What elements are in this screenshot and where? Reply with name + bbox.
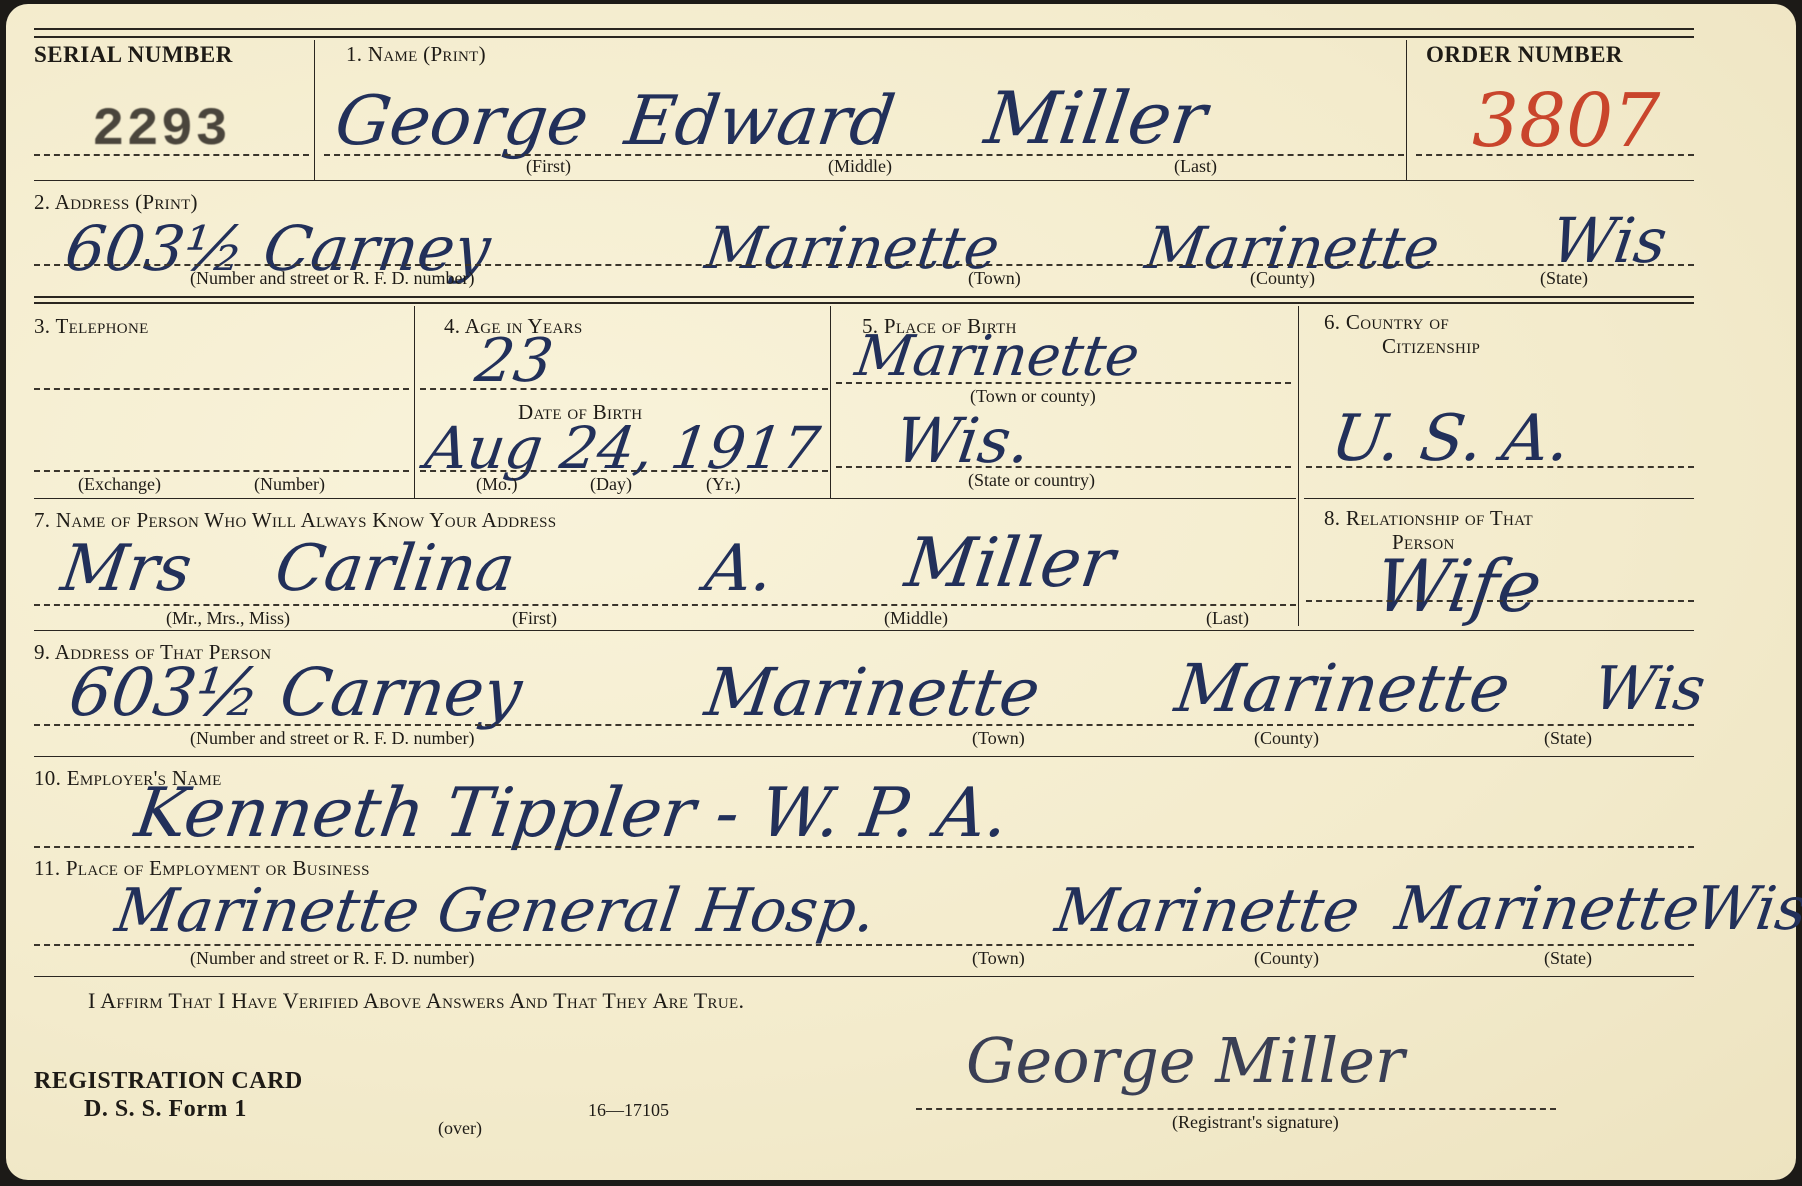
top-rule — [34, 28, 1694, 30]
order-number-label: ORDER NUMBER — [1426, 42, 1623, 68]
signature-caption: (Registrant's signature) — [1172, 1112, 1339, 1133]
q4-age: 23 — [471, 326, 557, 396]
order-number-value: 3807 — [1472, 78, 1660, 164]
signature-line — [916, 1108, 1556, 1110]
q8-label-1: 8. Relationship of That — [1324, 506, 1533, 531]
caption-day: (Day) — [590, 474, 632, 495]
q7-middle: A. — [701, 532, 778, 606]
q6-value: U. S. A. — [1327, 402, 1575, 476]
q3-line-1 — [34, 388, 409, 390]
rule — [34, 296, 1694, 298]
q11-line — [34, 944, 1694, 946]
caption-state: (State) — [1540, 268, 1588, 289]
q11-street: Marinette General Hosp. — [111, 876, 880, 946]
over-note: (over) — [438, 1118, 482, 1139]
q9-line — [34, 724, 1694, 726]
caption-street: (Number and street or R. F. D. number) — [190, 268, 475, 289]
caption-last: (Last) — [1206, 608, 1249, 629]
caption-county: (County) — [1250, 268, 1315, 289]
caption-state: (State) — [1544, 728, 1592, 749]
q2-line — [34, 264, 1694, 266]
q10-value: Kenneth Tippler - W. P. A. — [130, 774, 1013, 853]
q9-county: Marinette — [1171, 650, 1515, 727]
caption-county: (County) — [1254, 948, 1319, 969]
form-title: REGISTRATION CARD — [34, 1068, 303, 1095]
top-rule-2 — [34, 36, 1694, 38]
q10-line — [34, 846, 1694, 848]
q8-value: Wife — [1370, 544, 1547, 628]
q3-label: 3. Telephone — [34, 314, 149, 339]
caption-street: (Number and street or R. F. D. number) — [190, 728, 475, 749]
q6-label-1: 6. Country of — [1324, 310, 1449, 335]
divider — [414, 306, 415, 498]
caption-county: (County) — [1254, 728, 1319, 749]
q11-town: Marinette — [1051, 876, 1364, 946]
q5-town: Marinette — [851, 324, 1143, 389]
caption-mo: (Mo.) — [476, 474, 518, 495]
q5-line-2 — [836, 466, 1291, 468]
q6-line — [1306, 466, 1694, 468]
caption-last: (Last) — [1174, 156, 1217, 177]
q1-middle: Edward — [620, 82, 899, 161]
caption-town: (Town) — [972, 728, 1025, 749]
q1-label: 1. Name (Print) — [346, 42, 486, 67]
q2-town: Marinette — [701, 214, 1003, 282]
divider — [314, 40, 315, 180]
caption-middle: (Middle) — [828, 156, 892, 177]
order-line — [1416, 154, 1694, 156]
q11-county: Marinette — [1391, 874, 1704, 944]
divider — [1298, 306, 1299, 626]
rule — [34, 756, 1694, 757]
q8-line — [1306, 600, 1694, 602]
q5-line-1 — [836, 382, 1291, 384]
print-code: 16—17105 — [588, 1100, 669, 1121]
rule — [34, 630, 1694, 631]
q3-line-2 — [34, 470, 409, 472]
q1-first: George — [330, 82, 593, 161]
rule — [34, 180, 1694, 181]
q11-state: Wis — [1691, 874, 1802, 944]
affirmation-text: I Affirm That I Have Verified Above Answ… — [88, 988, 744, 1014]
rule — [1304, 498, 1694, 499]
q7-first: Carlina — [271, 532, 519, 606]
caption-town: (Town) — [968, 268, 1021, 289]
caption-town: (Town) — [972, 948, 1025, 969]
caption-yr: (Yr.) — [706, 474, 741, 495]
rule — [34, 302, 1694, 304]
rule — [34, 498, 1296, 499]
form-id: D. S. S. Form 1 — [84, 1096, 247, 1123]
q9-town: Marinette — [701, 654, 1045, 731]
q4-line-2 — [420, 470, 828, 472]
caption-first: (First) — [512, 608, 557, 629]
caption-state-or-country: (State or country) — [968, 470, 1095, 491]
q2-state: Wis — [1547, 204, 1672, 277]
caption-number: (Number) — [254, 474, 325, 495]
registration-card: SERIAL NUMBER 2293 1. Name (Print) Georg… — [6, 4, 1796, 1180]
caption-state: (State) — [1544, 948, 1592, 969]
rule — [34, 976, 1694, 977]
q9-state: Wis — [1589, 654, 1709, 724]
caption-middle: (Middle) — [884, 608, 948, 629]
q7-line — [34, 604, 1296, 606]
divider — [830, 306, 831, 498]
serial-line — [34, 154, 309, 156]
q7-title: Mrs — [57, 532, 196, 606]
serial-number-label: SERIAL NUMBER — [34, 42, 233, 68]
q4-line-1 — [420, 388, 828, 390]
caption-title: (Mr., Mrs., Miss) — [166, 608, 290, 629]
registrant-signature: George Miller — [966, 1024, 1405, 1097]
q7-label: 7. Name of Person Who Will Always Know Y… — [34, 508, 556, 533]
serial-number-value: 2293 — [92, 100, 230, 161]
q6-label-2: Citizenship — [1382, 334, 1480, 359]
caption-exchange: (Exchange) — [78, 474, 161, 495]
caption-street: (Number and street or R. F. D. number) — [190, 948, 475, 969]
q9-street: 603½ Carney — [65, 654, 527, 731]
q1-last: Miller — [980, 76, 1212, 160]
divider — [1406, 40, 1407, 180]
q7-last: Miller — [900, 524, 1119, 603]
caption-first: (First) — [526, 156, 571, 177]
